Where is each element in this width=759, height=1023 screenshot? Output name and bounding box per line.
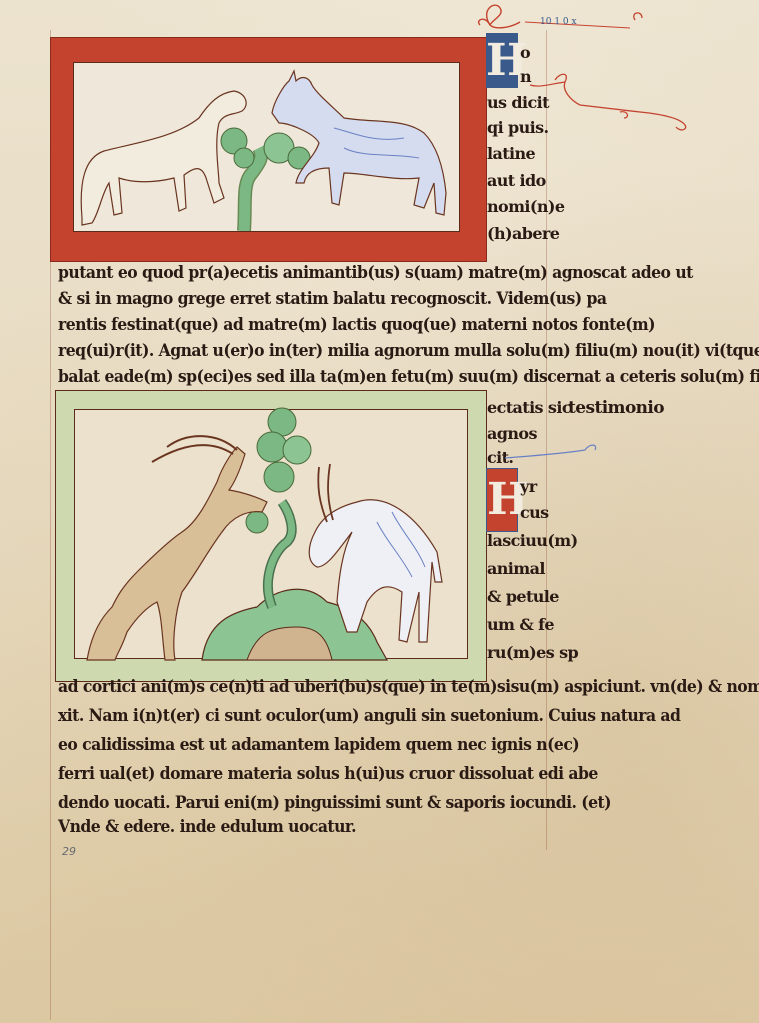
goats-illustration [57,392,449,662]
text-line: xit. Nam i(n)t(er) ci sunt oculor(um) an… [58,705,680,727]
text-line: rentis festinat(que) ad matre(m) lactis … [58,314,655,336]
right-col-line: lasciuu(m) [487,530,578,552]
text-line: balat eade(m) sp(eci)es sed illa ta(m)en… [58,366,759,388]
right-col-line: (h)abere [487,223,559,245]
right-col-line: latine [487,143,535,165]
svg-text:10 1 0 x: 10 1 0 x [540,17,577,27]
initial-H-blue: H [486,33,518,88]
text-line: eo calidissima est ut adamantem lapidem … [58,734,579,756]
right-col-line: cus [520,502,549,524]
text-line: dendo uocati. Parui eni(m) pinguissimi s… [58,792,611,814]
initial-follow-yr: yr [520,476,537,498]
miniature-lamb-and-sheep [50,37,487,262]
right-col-line: & petule [487,586,559,608]
lamb-and-sheep-illustration [74,63,459,231]
initial-H-red: H [486,468,518,532]
right-col-line: qi puis. [487,117,549,139]
folio-number: 29 [62,845,76,858]
testimonio-text: testimonio [568,397,664,419]
miniature-goats [55,390,487,682]
text-line: req(ui)r(it). Agnat u(er)o in(ter) milia… [58,340,759,362]
text-line: ad cortici ani(m)s ce(n)ti ad uberi(bu)s… [58,676,759,698]
right-col-line: animal [487,558,545,580]
miniature-bottom-scene [74,409,468,659]
right-col-line: ectatis sic [487,397,571,419]
right-col-line: ru(m)es sp [487,642,578,664]
miniature-top-scene [73,62,460,232]
right-col-line: us dicit [487,92,549,114]
text-line: ferri ual(et) domare materia solus h(ui)… [58,763,598,785]
text-line: putant eo quod pr(a)ecetis animantib(us)… [58,262,693,284]
right-col-line: nomi(n)e [487,196,564,218]
text-line: & si in magno grege erret statim balatu … [58,288,607,310]
text-line: Vnde & edere. inde edulum uocatur. [58,816,356,838]
right-col-line: um & fe [487,614,554,636]
blue-flourish [500,438,610,468]
right-col-line: aut ido [487,170,546,192]
initial-follow-o: o [520,42,530,64]
right-col-line-n: n [520,66,531,88]
